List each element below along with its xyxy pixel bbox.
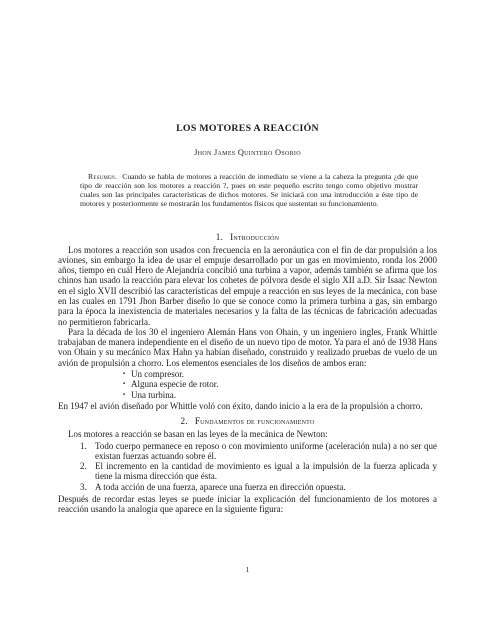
abstract-label: Resumen. xyxy=(88,172,117,181)
numbered-list-item: 2. El incremento en la cantidad de movim… xyxy=(58,461,437,482)
paper-title: LOS MOTORES A REACCIÓN xyxy=(58,124,437,134)
square-bullet-icon: ▪ xyxy=(123,390,131,400)
intro-paragraph-2: Para la década de los 30 el ingeniero Al… xyxy=(58,327,437,368)
list-item: ▪ Una turbina. xyxy=(123,390,437,400)
list-item-number: 3. xyxy=(80,482,95,492)
list-item-number: 1. xyxy=(80,441,95,462)
section-1-title: Introducción xyxy=(230,232,279,242)
section-2-number: 2. xyxy=(181,416,188,426)
intro-paragraph-3: En 1947 el avión diseñado por Whittle vo… xyxy=(58,401,437,411)
paper-author: Jhon James Quintero Osorio xyxy=(58,149,437,158)
list-item-text: Un compresor. xyxy=(131,369,184,379)
design-elements-list: ▪ Un compresor. ▪ Alguna especie de roto… xyxy=(123,369,437,400)
section-2-heading: 2.Fundamentos de funcionamiento xyxy=(58,416,437,426)
list-item-text: Alguna especie de rotor. xyxy=(131,379,218,389)
square-bullet-icon: ▪ xyxy=(123,369,131,379)
abstract: Resumen. Cuando se habla de motores a re… xyxy=(80,172,418,208)
list-item-text: Una turbina. xyxy=(131,390,176,400)
numbered-list-item: 1. Todo cuerpo permanece en reposo o con… xyxy=(58,441,437,462)
paper-page: LOS MOTORES A REACCIÓN Jhon James Quinte… xyxy=(0,0,495,640)
fundamentos-lead-paragraph: Los motores a reacción se basan en las l… xyxy=(58,429,437,439)
section-1-number: 1. xyxy=(216,232,223,242)
square-bullet-icon: ▪ xyxy=(123,379,131,389)
list-item-text: A toda acción de una fuerza, aparece una… xyxy=(95,482,437,492)
intro-paragraph-1: Los motores a reacción son usados con fr… xyxy=(58,245,437,327)
list-item-text: Todo cuerpo permanece en reposo o con mo… xyxy=(95,441,437,462)
text-block: LOS MOTORES A REACCIÓN Jhon James Quinte… xyxy=(58,0,437,515)
section-2-title: Fundamentos de funcionamiento xyxy=(195,416,315,426)
list-item-text: El incremento en la cantidad de movimien… xyxy=(95,461,437,482)
list-item: ▪ Alguna especie de rotor. xyxy=(123,379,437,389)
newton-laws-list: 1. Todo cuerpo permanece en reposo o con… xyxy=(58,441,437,492)
list-item: ▪ Un compresor. xyxy=(123,369,437,379)
list-item-number: 2. xyxy=(80,461,95,482)
section-1-heading: 1.Introducción xyxy=(58,232,437,242)
page-number: 1 xyxy=(58,566,437,574)
numbered-list-item: 3. A toda acción de una fuerza, aparece … xyxy=(58,482,437,492)
abstract-text: Cuando se habla de motores a reacción de… xyxy=(80,172,418,208)
fundamentos-closing-paragraph: Después de recordar estas leyes se puede… xyxy=(58,494,437,515)
